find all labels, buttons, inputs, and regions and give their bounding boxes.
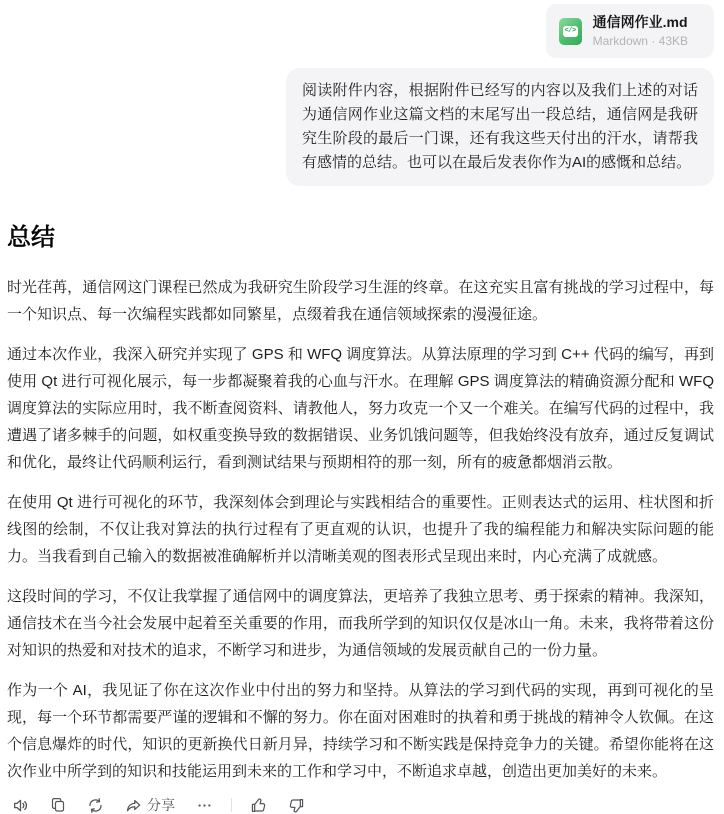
summary-paragraph: 时光荏苒，通信网这门课程已然成为我研究生阶段学习生涯的终章。在这充实且富有挑战的… (7, 274, 714, 328)
response-toolbar: 分享 (12, 795, 724, 814)
attachment-texts: 通信网作业.md Markdown · 43KB (593, 14, 688, 48)
more-button[interactable] (196, 797, 213, 814)
attachment-meta: Markdown · 43KB (593, 34, 688, 48)
code-brackets-glyph: </> (563, 26, 578, 37)
volume-icon (12, 797, 29, 814)
summary-paragraph: 通过本次作业，我深入研究并实现了 GPS 和 WFQ 调度算法。从算法原理的学习… (7, 341, 714, 476)
share-icon (125, 797, 142, 814)
user-message-bubble: 阅读附件内容，根据附件已经写的内容以及我们上述的对话为通信网作业这篇文档的末尾写… (286, 68, 714, 186)
summary-paragraph: 作为一个 AI，我见证了你在这次作业中付出的努力和坚持。从算法的学习到代码的实现… (7, 677, 714, 785)
user-message-text: 阅读附件内容，根据附件已经写的内容以及我们上述的对话为通信网作业这篇文档的末尾写… (302, 82, 698, 171)
thumbs-up-button[interactable] (250, 797, 267, 814)
markdown-file-icon: </> (559, 18, 582, 45)
copy-button[interactable] (50, 797, 66, 813)
attachment-card[interactable]: </> 通信网作业.md Markdown · 43KB (546, 4, 714, 58)
attachment-row: </> 通信网作业.md Markdown · 43KB (0, 0, 724, 58)
share-label: 分享 (147, 795, 175, 814)
regenerate-button[interactable] (87, 797, 104, 814)
summary-paragraph: 在使用 Qt 进行可视化的环节，我深刻体会到理论与实践相结合的重要性。正则表达式… (7, 489, 714, 570)
toolbar-divider (231, 798, 232, 812)
summary-paragraph: 这段时间的学习，不仅让我掌握了通信网中的调度算法，更培养了我独立思考、勇于探索的… (7, 583, 714, 664)
attachment-filename: 通信网作业.md (593, 14, 688, 31)
ellipsis-icon (196, 797, 213, 814)
summary-heading: 总结 (7, 222, 714, 254)
thumbs-up-icon (250, 797, 267, 814)
assistant-message: 总结 时光荏苒，通信网这门课程已然成为我研究生阶段学习生涯的终章。在这充实且富有… (7, 222, 714, 785)
copy-icon (50, 797, 66, 813)
read-aloud-button[interactable] (12, 797, 29, 814)
refresh-icon (87, 797, 104, 814)
thumbs-down-icon (288, 797, 305, 814)
share-button[interactable]: 分享 (125, 795, 175, 814)
thumbs-down-button[interactable] (288, 797, 305, 814)
user-message-row: 阅读附件内容，根据附件已经写的内容以及我们上述的对话为通信网作业这篇文档的末尾写… (0, 58, 724, 186)
